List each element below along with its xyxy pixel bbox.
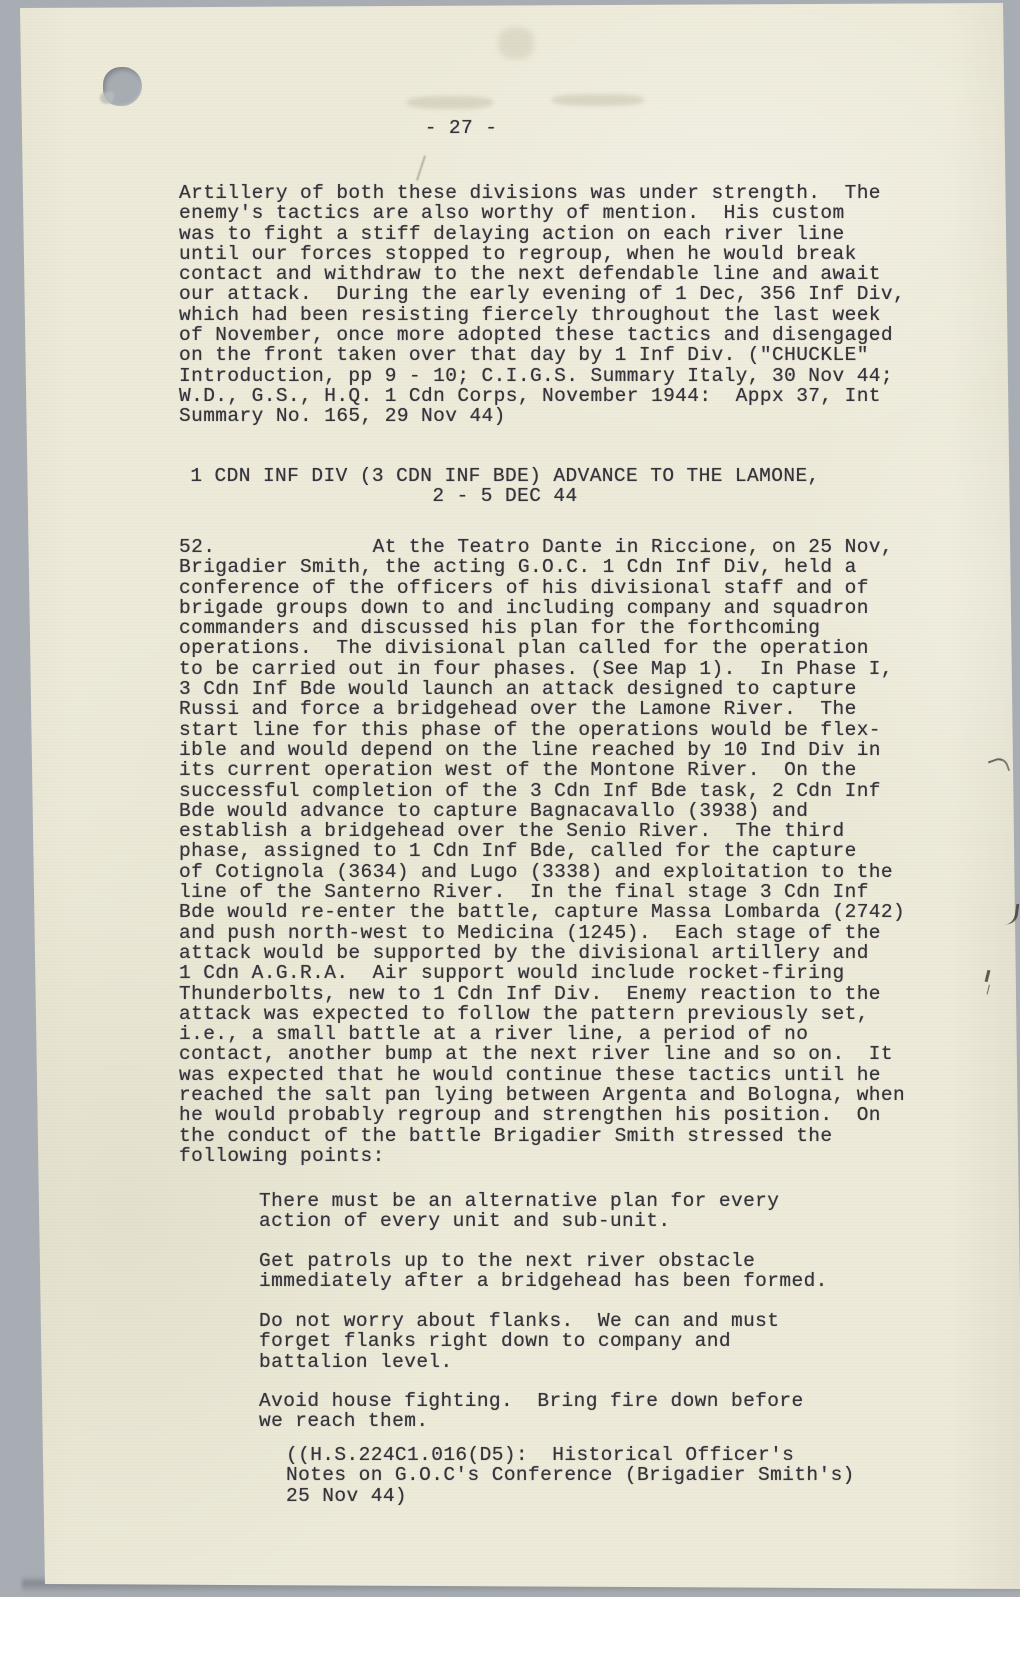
text-line: operations. The divisional plan called f… <box>179 638 905 658</box>
quote-point-4: Avoid house fighting. Bring fire down be… <box>259 1391 804 1432</box>
quote-point-2: Get patrols up to the next river obstacl… <box>259 1251 828 1292</box>
text-line: Russi and force a bridgehead over the La… <box>179 699 905 719</box>
text-line: start line for this phase of the operati… <box>179 720 905 740</box>
paragraph-51-continuation: Artillery of both these divisions was un… <box>179 183 905 427</box>
paragraph-52: 52. At the Teatro Dante in Riccione, on … <box>179 537 905 1166</box>
punch-hole-tear <box>100 92 114 104</box>
text-line: Get patrols up to the next river obstacl… <box>259 1251 828 1271</box>
text-line: attack was expected to follow the patter… <box>179 1004 905 1024</box>
text-line: 25 Nov 44) <box>286 1486 855 1506</box>
text-line: ((H.S.224C1.016(D5): Historical Officer'… <box>286 1445 855 1465</box>
text-line: action of every unit and sub-unit. <box>259 1211 779 1231</box>
text-line: attack would be supported by the divisio… <box>179 943 905 963</box>
text-line: of Cotignola (3634) and Lugo (3338) and … <box>179 862 905 882</box>
text-line: immediately after a bridgehead has been … <box>259 1271 828 1291</box>
text-line: commanders and discussed his plan for th… <box>179 618 905 638</box>
ink-bleedthrough-smudge <box>498 27 534 59</box>
text-line: forget flanks right down to company and <box>259 1331 779 1351</box>
ink-bleedthrough-smudge <box>552 94 644 106</box>
ink-bleedthrough-smudge <box>407 96 493 109</box>
text-line: Do not worry about flanks. We can and mu… <box>259 1311 779 1331</box>
text-line: Avoid house fighting. Bring fire down be… <box>259 1391 804 1411</box>
section-heading-line-1: 1 CDN INF DIV (3 CDN INF BDE) ADVANCE TO… <box>163 466 847 486</box>
page-number: - 27 - <box>0 118 922 138</box>
text-line: we reach them. <box>259 1411 804 1431</box>
text-line: line of the Santerno River. In the final… <box>179 882 905 902</box>
text-line: until our forces stopped to regroup, whe… <box>179 244 905 264</box>
text-line: was expected that he would continue thes… <box>179 1065 905 1085</box>
text-line: Brigadier Smith, the acting G.O.C. 1 Cdn… <box>179 557 905 577</box>
text-line: W.D., G.S., H.Q. 1 Cdn Corps, November 1… <box>179 386 905 406</box>
text-line: Introduction, pp 9 - 10; C.I.G.S. Summar… <box>179 366 905 386</box>
text-line: of November, once more adopted these tac… <box>179 325 905 345</box>
text-line: was to fight a stiff delaying action on … <box>179 224 905 244</box>
source-citation: ((H.S.224C1.016(D5): Historical Officer'… <box>286 1445 855 1506</box>
section-heading-line-2: 2 - 5 DEC 44 <box>163 486 847 506</box>
quote-point-1: There must be an alternative plan for ev… <box>259 1191 779 1232</box>
page-number-label: - 27 - <box>0 118 922 138</box>
text-line: There must be an alternative plan for ev… <box>259 1191 779 1211</box>
text-line: Bde would re-enter the battle, capture M… <box>179 902 905 922</box>
text-line: ible and would depend on the line reache… <box>179 740 905 760</box>
text-line: phase, assigned to 1 Cdn Inf Bde, called… <box>179 841 905 861</box>
text-line: following points: <box>179 1146 905 1166</box>
text-line: Summary No. 165, 29 Nov 44) <box>179 406 905 426</box>
typewritten-text-layer: - 27 - Artillery of both these divisions… <box>0 0 1020 1679</box>
text-line: enemy's tactics are also worthy of menti… <box>179 203 905 223</box>
quote-point-3: Do not worry about flanks. We can and mu… <box>259 1311 779 1372</box>
text-line: contact, another bump at the next river … <box>179 1044 905 1064</box>
section-heading: 1 CDN INF DIV (3 CDN INF BDE) ADVANCE TO… <box>163 466 847 507</box>
text-line: Artillery of both these divisions was un… <box>179 183 905 203</box>
text-line: 3 Cdn Inf Bde would launch an attack des… <box>179 679 905 699</box>
text-line: i.e., a small battle at a river line, a … <box>179 1024 905 1044</box>
text-line: contact and withdraw to the next defenda… <box>179 264 905 284</box>
text-line: successful completion of the 3 Cdn Inf B… <box>179 781 905 801</box>
text-line: brigade groups down to and including com… <box>179 598 905 618</box>
text-line: to be carried out in four phases. (See M… <box>179 659 905 679</box>
text-line: our attack. During the early evening of … <box>179 284 905 304</box>
text-line: which had been resisting fiercely throug… <box>179 305 905 325</box>
text-line: the conduct of the battle Brigadier Smit… <box>179 1126 905 1146</box>
text-line: conference of the officers of his divisi… <box>179 578 905 598</box>
text-line: establish a bridgehead over the Senio Ri… <box>179 821 905 841</box>
text-line: reached the salt pan lying between Argen… <box>179 1085 905 1105</box>
text-line: 52. At the Teatro Dante in Riccione, on … <box>179 537 905 557</box>
text-line: its current operation west of the Monton… <box>179 760 905 780</box>
text-line: he would probably regroup and strengthen… <box>179 1105 905 1125</box>
text-line: and push north-west to Medicina (1245). … <box>179 923 905 943</box>
text-line: Thunderbolts, new to 1 Cdn Inf Div. Enem… <box>179 984 905 1004</box>
text-line: on the front taken over that day by 1 In… <box>179 345 905 365</box>
text-line: Bde would advance to capture Bagnacavall… <box>179 801 905 821</box>
scanned-document-page: - 27 - Artillery of both these divisions… <box>0 0 1020 1679</box>
text-line: Notes on G.O.C's Conference (Brigadier S… <box>286 1465 855 1485</box>
text-line: battalion level. <box>259 1352 779 1372</box>
text-line: 1 Cdn A.G.R.A. Air support would include… <box>179 963 905 983</box>
